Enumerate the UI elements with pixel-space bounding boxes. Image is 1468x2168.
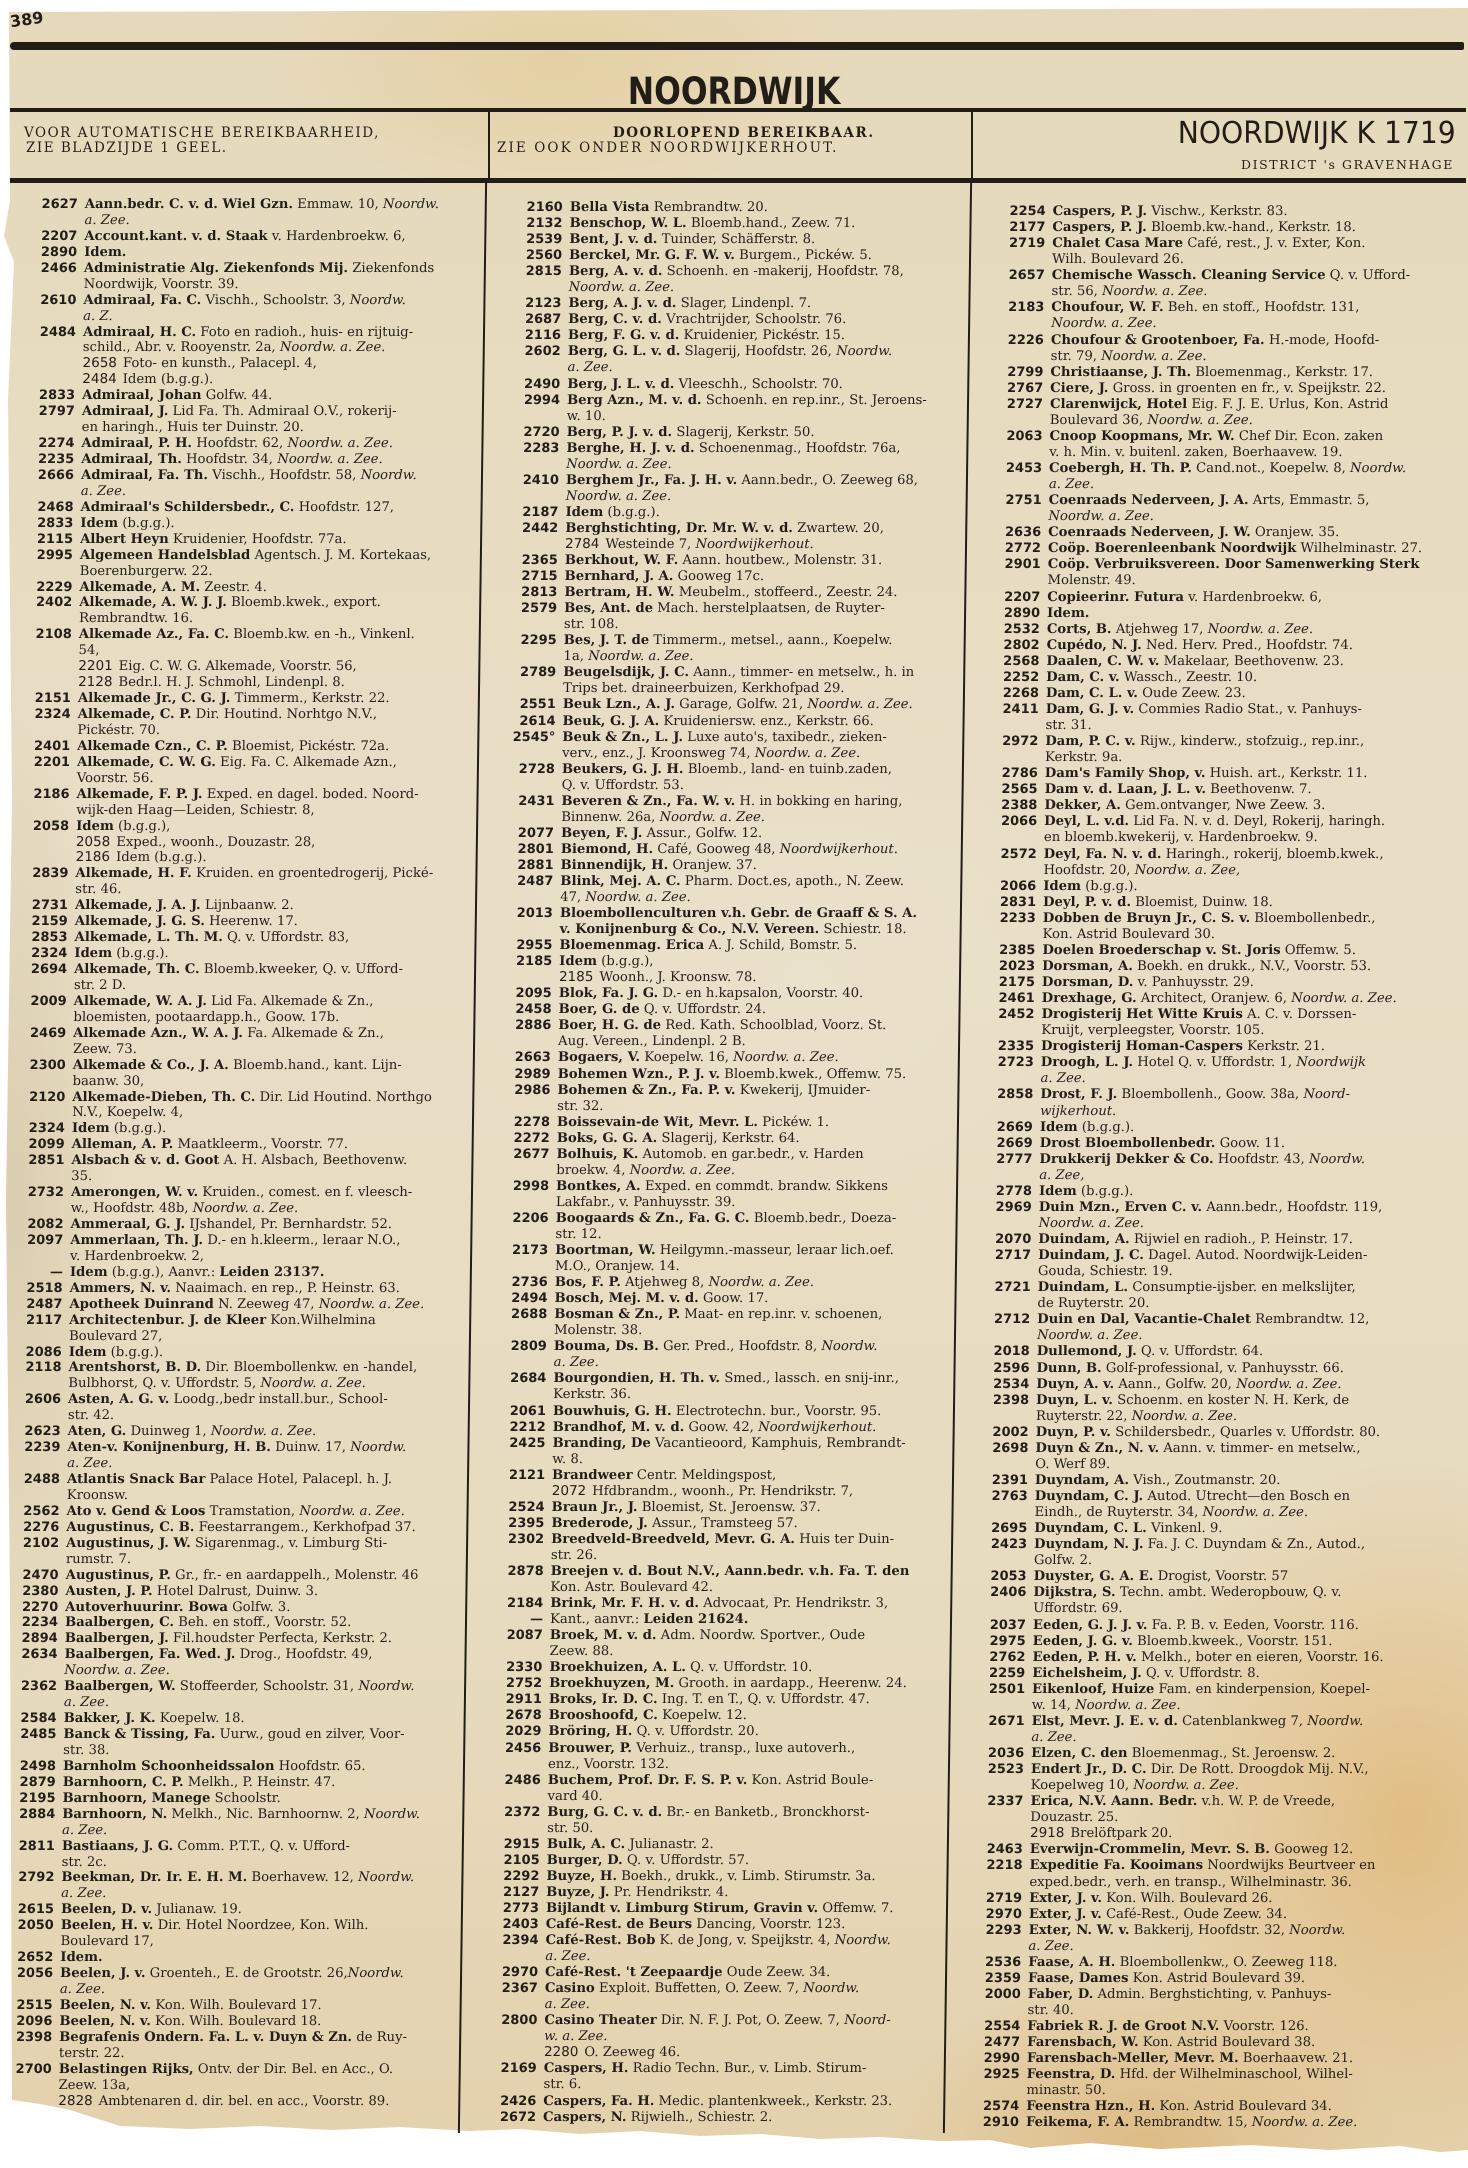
phone-number: 2426: [490, 2094, 536, 2110]
listing-entry: 2732Amerongen, W. v. Kruiden., comest. e…: [27, 1185, 467, 1217]
subscriber-name: Eikenloof, Huize: [1032, 1682, 1154, 1697]
subscriber-name: Christiaanse, J. Th.: [1050, 365, 1191, 380]
listing-entry: 2792Beekman, Dr. Ir. E. H. M. Boerhavew.…: [17, 1870, 457, 1902]
listing-entry: 2532Corts, B. Atjehweg 17, Noordw. a. Ze…: [997, 622, 1455, 638]
phone-number: 2501: [982, 1682, 1025, 1698]
phone-number: 2925: [977, 2067, 1020, 2083]
subscriber-name: Breedveld-Breedveld, Mevr. G. A.: [551, 1532, 795, 1547]
phone-number: 2463: [980, 1842, 1023, 1858]
locality: Noordw. a. Zee.: [1051, 316, 1157, 331]
listing-entry: 2799Christiaanse, J. Th. Bloemenmag., Ke…: [1000, 365, 1458, 381]
listing-subentry: 2072Hfdbrandm., woonh., Pr. Hendrikstr. …: [499, 1484, 947, 1500]
listing-entry: 2723Droogh, L. J. Hotel Q. v. Uffordstr.…: [990, 1055, 1448, 1087]
listing-entry: 2955Bloemenmag. Erica A. J. Schild, Boms…: [506, 938, 954, 954]
phone-number: 2698: [985, 1441, 1028, 1457]
subscriber-name: Benschop, W. L.: [569, 216, 686, 231]
subscriber-name: Berg, A. J. v. d.: [568, 296, 676, 311]
listing-details: Grooth. in aardapp., Heerenw. 24.: [674, 1676, 907, 1691]
phone-number: 2970: [492, 1965, 538, 1981]
phone-number: 2029: [495, 1724, 541, 1740]
listing-details: v. Hardenbroekw. 6,: [1184, 590, 1322, 605]
listing-entry: 2695Duyndam, C. L. Vinkenl. 9.: [984, 1521, 1442, 1537]
listing-details: Hoofdstr. 65.: [274, 1759, 365, 1774]
listing-entry: 2490Berg, J. L. v. d. Vleeschh., Schools…: [514, 377, 962, 393]
listing-entry: 2425Branding, De Vacantieoord, Kamphuis,…: [499, 1436, 947, 1468]
listing-entry: 2058Idem (b.g.g.),: [32, 819, 472, 835]
locality: Noordw. a. Zee.: [64, 1663, 170, 1678]
phone-number: 2175: [992, 975, 1035, 991]
phone-number: 2736: [502, 1275, 548, 1291]
listing-details: (b.g.g.),: [597, 954, 654, 969]
phone-number: 2911: [496, 1692, 542, 1708]
listing-entry: 2456Brouwer, P. Verhuiz., transp., luxe …: [495, 1741, 943, 1773]
phone-number: 2159: [31, 914, 68, 930]
subscriber-name: Beugelsdijk, J. C.: [563, 665, 689, 680]
subscriber-name: Bernhard, J. A.: [564, 569, 673, 584]
subscriber-name: Berg Azn., M. v. d.: [567, 393, 702, 408]
listing-entry: 2534Duyn, A. v. Aann., Golfw. 20, Noordw…: [986, 1377, 1444, 1393]
listing-entry: 2056Beelen, J. v. Groenteh., E. de Groot…: [16, 1966, 456, 1998]
subscriber-name: Beelen, D. v.: [61, 1902, 152, 1917]
phone-number: 2123: [515, 296, 561, 312]
listing-entry: 2634Baalbergen, Fa. Wed. J. Drog., Hoofd…: [20, 1647, 460, 1679]
listing-details: Tramstation,: [205, 1504, 299, 1519]
subscriber-name: Eeden, G. J. J. v.: [1033, 1618, 1148, 1633]
phone-number: 2813: [511, 585, 557, 601]
phone-number: 2986: [504, 1083, 550, 1099]
listing-entry: 2115Albert Heyn Kruidenier, Hoofdstr. 77…: [36, 532, 476, 548]
subscriber-name: Chemische Wassch. Cleaning Service: [1052, 268, 1326, 283]
subscriber-name: Buyze, H.: [546, 1869, 617, 1884]
subscriber-name: Choufour, W. F.: [1051, 300, 1163, 315]
listing-entry: 2484Admiraal, H. C. Foto en radioh., hui…: [39, 325, 479, 357]
subscriber-name: Alkemade & Co., J. A.: [73, 1058, 229, 1073]
listing-details: Koepelw. 12.: [658, 1708, 747, 1723]
listing-entry: 2524Braun Jr., J. Bloemist, St. Jeroensw…: [498, 1500, 946, 1516]
subscriber-name: Duindam, A.: [1038, 1232, 1130, 1247]
listing-details: v. Hardenbroekw. 6,: [268, 229, 406, 244]
phone-number: 2568: [996, 654, 1039, 670]
phone-number: 2536: [978, 1955, 1021, 1971]
listing-entry: 2853Alkemade, L. Th. M. Q. v. Uffordstr.…: [30, 930, 470, 946]
subscriber-name: Bontkes, A.: [556, 1179, 641, 1194]
listing-details: Aann. houtbew., Molenstr. 31.: [678, 553, 882, 568]
phone-number: 2207: [40, 229, 77, 245]
listing-entry: 2717Duindam, J. C. Dagel. Autod. Noordwi…: [988, 1248, 1446, 1280]
listing-details: Kon. Wilh. Boulevard 18.: [151, 2014, 322, 2029]
locality: Noordw. a. Zee.: [211, 1424, 317, 1439]
listing-details: Bloemenmag., Kerkstr. 17.: [1191, 365, 1373, 380]
listing-details: A. J. Schild, Bomstr. 5.: [704, 938, 857, 953]
subscriber-name: Barnhoorn, N.: [62, 1807, 167, 1822]
subscriber-name: Idem: [69, 1345, 107, 1360]
page-title: NOORDWIJK: [0, 70, 1468, 113]
listing-entry: 2636Coenraads Nederveen, J. W. Oranjew. …: [998, 525, 1456, 541]
listing-entry: 2359Faase, Dames Kon. Astrid Boulevard 3…: [978, 1971, 1436, 1987]
subscriber-name: Coöp. Boerenleenbank Noordwijk: [1048, 541, 1297, 556]
listing-entry: 2442Berghstichting, Dr. Mr. W. v. d. Zwa…: [512, 521, 960, 537]
phone-number: 2201: [33, 755, 70, 771]
phone-number: 2423: [984, 1537, 1027, 1553]
subscriber-name: Bella Vista: [570, 200, 650, 215]
listing-details: Medic. plantenkweek., Kerkstr. 23.: [654, 2094, 892, 2109]
subscriber-name: Coenraads Nederveen, J. A.: [1049, 493, 1249, 508]
phone-number: 2534: [986, 1377, 1029, 1393]
locality: Noordwijkerhout.: [695, 537, 813, 552]
subscriber-name: Drukkerij Dekker & Co.: [1039, 1152, 1213, 1167]
subscriber-name: Admiraal, H. C.: [83, 325, 196, 340]
subscriber-name: Branding, De: [552, 1436, 650, 1451]
listing-entry: 2518Ammers, N. v. Naaimach. en rep., P. …: [26, 1281, 466, 1297]
subscriber-name: Expeditie Fa. Kooimans: [1029, 1858, 1203, 1873]
listing-details: Hoofdstr. 34,: [182, 452, 278, 467]
listing-entry: 2380Austen, J. P. Hotel Dalrust, Duinw. …: [21, 1584, 461, 1600]
listing-entry: 2901Coöp. Verbruiksvereen. Door Samenwer…: [997, 557, 1455, 589]
phone-number: 2226: [1001, 333, 1044, 349]
listing-entry: 2324Idem (b.g.g.).: [30, 946, 470, 962]
subscriber-name: Coöp. Verbruiksvereen. Door Samenwerking…: [1048, 557, 1420, 572]
listing-entry: 2809Bouma, Ds. B. Ger. Pred., Hoofdstr. …: [501, 1339, 949, 1371]
listing-entry: 2218Expeditie Fa. Kooimans Noordwijks Be…: [979, 1858, 1437, 1890]
phone-number: 2254: [1003, 204, 1046, 220]
listing-details: Gr., fr.- en aardappelh., Molenstr. 46: [171, 1568, 419, 1583]
listing-details: Kon. Wilh. Boulevard 26.: [1102, 1891, 1273, 1906]
phone-number: 2801: [508, 842, 554, 858]
subscriber-name: Bolhuis, K.: [556, 1147, 638, 1162]
subscriber-name: Austen, J. P.: [65, 1584, 152, 1599]
subscriber-name: Beelen, J. v.: [60, 1966, 146, 1981]
subscriber-name: Administratie Alg. Ziekenfonds Mij.: [84, 261, 348, 276]
listing-entry: 2061Bouwhuis, G. H. Electrotechn. bur., …: [500, 1404, 948, 1420]
subscriber-name: Beveren & Zn., Fa. W. v.: [561, 794, 735, 809]
listing-entry: 2773Bijlandt v. Limburg Stirum, Gravin v…: [493, 1901, 941, 1917]
subscriber-name: Beekman, Dr. Ir. E. H. M.: [61, 1870, 247, 1885]
phone-number: 2486: [495, 1773, 541, 1789]
listing-details: Woonh., J. Kroonsw. 78.: [599, 970, 756, 985]
listing-details: Kon. Astrid Boulevard 34.: [1155, 2099, 1332, 2114]
locality: Noordw. a. Zee.: [260, 1376, 366, 1391]
listing-entry: 2715Bernhard, J. A. Gooweg 17c.: [511, 569, 959, 585]
subscriber-name: Exter, J. v.: [1029, 1907, 1102, 1922]
listing-details: Advocaat, Pr. Hendrikstr. 3,: [699, 1596, 888, 1611]
subscriber-name: Duyn & Zn., N. v.: [1035, 1441, 1159, 1456]
subscriber-name: Albert Heyn: [80, 532, 169, 547]
phone-number: 2487: [507, 874, 553, 890]
listing-entry: 2053Duyster, G. A. E. Drogist, Voorstr. …: [984, 1569, 1442, 1585]
listing-details: Kant., aanvr.:: [550, 1612, 644, 1627]
phone-number: 2151: [34, 691, 71, 707]
listing-entry: 2013Bloembollenculturen v.h. Gebr. de Gr…: [507, 906, 955, 938]
listing-entry: 2700Belastingen Rijks, Ontv. der Dir. Be…: [14, 2062, 454, 2094]
listing-details: Oranjew. 37.: [668, 858, 757, 873]
listing-entry: 2270Autoverhuurinr. Bowa Golfw. 3.: [21, 1600, 461, 1616]
locality: Noordw. a. Zee.: [588, 649, 694, 664]
subscriber-name: Bogaers, V.: [558, 1050, 640, 1065]
listing-entry: 2911Broks, Ir. D. C. Ing. T. en T., Q. v…: [496, 1692, 944, 1708]
phone-number: 2998: [503, 1179, 549, 1195]
listing-entry: 2767Ciere, J. Gross. in groenten en fr.,…: [1000, 381, 1458, 397]
subscriber-name: Boks, G. G. A.: [557, 1131, 658, 1146]
listing-details: Q. v. Uffordstr. 20.: [632, 1724, 759, 1739]
phone-number: 2050: [17, 1918, 54, 1934]
listing-entry: 2657Chemische Wassch. Cleaning Service Q…: [1001, 268, 1459, 300]
listing-entry: 2736Bos, F. P. Atjehweg 8, Noordw. a. Ze…: [502, 1275, 950, 1291]
listing-details: Groenteh., E. de Grootstr. 26,: [145, 1966, 347, 1981]
subscriber-name: Duyndam, A.: [1035, 1473, 1129, 1488]
phone-number: 2623: [24, 1424, 61, 1440]
phone-number: 2272: [504, 1131, 550, 1147]
listing-details: Julianaw. 19.: [152, 1902, 242, 1917]
subscriber-name: Faase, Dames: [1028, 1971, 1129, 1986]
listing-entry: 2797Admiraal, J. Lid Fa. Th. Admiraal O.…: [38, 404, 478, 436]
listing-entry: 2276Augustinus, C. B. Feestarrangem., Ke…: [22, 1520, 462, 1536]
listing-entry: 2229Alkemade, A. M. Zeestr. 4.: [35, 580, 475, 596]
phone-number: 2773: [493, 1901, 539, 1917]
listing-details: Aann., Golfw. 20,: [1114, 1377, 1236, 1392]
listing-details: Duinweg 1,: [126, 1424, 211, 1439]
phone-number: 2721: [988, 1280, 1031, 1296]
locality: Noordwijkerhout.: [758, 1420, 876, 1435]
phone-number: 2469: [29, 1026, 66, 1042]
listing-entry: 2362Baalbergen, W. Stoffeerder, Schoolst…: [20, 1679, 460, 1711]
phone-number: 2280: [544, 2044, 579, 2060]
phone-number: 2523: [981, 1762, 1024, 1778]
phone-number: 2797: [38, 404, 75, 420]
phone-number: 2402: [35, 595, 72, 611]
listing-entry: 2177Caspers, P. J. Bloemb.kw.-hand., Ker…: [1002, 220, 1460, 236]
listing-details: Q. v. Uffordstr. 10.: [686, 1660, 813, 1675]
subscriber-name: Bosman & Zn., P.: [554, 1307, 680, 1322]
listing-details: (b.g.g.), Aanvr.:: [108, 1265, 220, 1280]
phone-number: 2456: [495, 1741, 541, 1757]
listing-details: Bloembollenkw., O. Zeeweg 118.: [1115, 1955, 1337, 1970]
listing-details: Maatkleerm., Voorstr. 77.: [173, 1137, 348, 1152]
subscriber-name: Idem: [80, 516, 118, 531]
subscriber-name: Farensbach, W.: [1027, 2035, 1139, 2050]
listing-entry: 2063Cnoop Koopmans, Mr. W. Chef Dir. Eco…: [999, 429, 1457, 461]
phone-number: 2385: [992, 943, 1035, 959]
listing-details: Q. v. Uffordstr. 57.: [623, 1853, 750, 1868]
phone-number: 2828: [58, 2093, 93, 2109]
subscriber-name: Idem.: [84, 245, 127, 260]
subscriber-name: Bakker, J. K.: [64, 1711, 156, 1726]
subscriber-name: Faase, A. H.: [1028, 1955, 1115, 1970]
subscriber-name: Deyl, Fa. N. v. d.: [1044, 847, 1162, 862]
listing-entry: 2671Elst, Mevr. J. E. v. d. Catenblankwe…: [981, 1714, 1439, 1746]
phone-number: 2815: [516, 264, 562, 280]
phone-number: 2037: [983, 1618, 1026, 1634]
phone-number: 2115: [36, 532, 73, 548]
locality: Noordw. a. Zee.: [566, 457, 672, 472]
listing-entry: 2614Beuk, G. J. A. Kruideniersw. enz., K…: [509, 714, 957, 730]
listing-entry: 2488Atlantis Snack Bar Palace Hotel, Pal…: [23, 1472, 463, 1504]
listing-entry: 2720Berg, P. J. v. d. Slagerij, Kerkstr.…: [513, 425, 961, 441]
phone-number: 2727: [1000, 397, 1043, 413]
listing-details: Hotel Dalrust, Duinw. 3.: [153, 1584, 319, 1599]
listing-details: Bloemist, Pickéstr. 72a.: [228, 739, 390, 754]
listing-entry: 2972Dam, P. C. v. Rijw., kinderw., stofz…: [995, 734, 1453, 766]
subscriber-name: Cupédo, N. J.: [1047, 638, 1142, 653]
listing-entry: 2915Bulk, A. C. Julianastr. 2.: [494, 1837, 942, 1853]
phone-number: 2187: [512, 505, 558, 521]
listing-entry: 2151Alkemade Jr., C. G. J. Timmerm., Ker…: [34, 691, 474, 707]
subscriber-name: Berghstichting, Dr. Mr. W. v. d.: [565, 521, 793, 536]
subscriber-name: Binnendijk, H.: [560, 858, 668, 873]
phone-number: 2858: [990, 1087, 1033, 1103]
listing-entry: 2669Idem (b.g.g.).: [990, 1120, 1448, 1136]
phone-number: 2762: [982, 1650, 1025, 1666]
phone-number: 2431: [508, 794, 554, 810]
subscriber-name: Drogisterij Het Witte Kruis: [1041, 1007, 1243, 1022]
subscriber-name: Drost Bloembollenbedr.: [1040, 1136, 1216, 1151]
listing-subentry: 2201Eig. C. W. G. Alkemade, Voorstr. 56,: [34, 659, 474, 675]
phone-number: 2207: [997, 590, 1040, 606]
subscriber-name: Idem: [1040, 1120, 1078, 1135]
phone-number: 2453: [999, 461, 1042, 477]
subscriber-name: Alkemade-Dieben, Th. C.: [72, 1090, 255, 1105]
phone-number: 2615: [17, 1902, 54, 1918]
phone-number: 2799: [1000, 365, 1043, 381]
phone-number: —: [26, 1265, 63, 1281]
phone-number: 2687: [515, 312, 561, 328]
subscriber-name: Admiraal, Th.: [81, 452, 182, 467]
subscriber-name: Idem: [70, 1265, 108, 1280]
phone-number: 2201: [78, 658, 113, 674]
phone-number: 2494: [501, 1291, 547, 1307]
listing-entry: 2831Deyl, P. v. d. Bloemist, Duinw. 18.: [993, 895, 1451, 911]
listing-entry: 2572Deyl, Fa. N. v. d. Haringh., rokerij…: [993, 847, 1451, 879]
listing-details: Julianastr. 2.: [625, 1837, 714, 1852]
phone-number: 2879: [19, 1775, 56, 1791]
subscriber-name: Everwijn-Crommelin, Mevr. S. B.: [1030, 1842, 1270, 1857]
subscriber-name: Berg, J. L. v. d.: [567, 377, 674, 392]
listing-entry: 2568Daalen, C. W. v. Makelaar, Beethoven…: [996, 654, 1454, 670]
locality: Noordw. a. Zee.: [566, 489, 672, 504]
listing-entry: 2579Bes, Ant. de Mach. herstelplaatsen, …: [511, 601, 959, 633]
listing-details: Exploit. Buffetten, O. Zeew. 7,: [595, 1981, 804, 1996]
listing-details: Slagerij, Kerkstr. 64.: [657, 1131, 800, 1146]
subscriber-name: Dullemond, J.: [1037, 1344, 1137, 1359]
subscriber-name: Exter, J. v.: [1029, 1891, 1102, 1906]
listing-details: Boekh., drukk., v. Limb. Stirumstr. 3a.: [617, 1869, 876, 1884]
listing-details: Pickéw. 1.: [758, 1115, 829, 1130]
subscriber-name: Dam, C. L. v.: [1046, 686, 1138, 701]
listing-entry: 2721Duindam, L. Consumptie-ijsber. en me…: [987, 1280, 1445, 1312]
locality: Noordw. a. Zee.: [630, 1163, 736, 1178]
subscriber-name: Ato v. Gend & Loos: [66, 1504, 205, 1519]
subscriber-name: Burg, G. C. v. d.: [547, 1805, 662, 1820]
listing-details: Tuinder, Schäfferstr. 8.: [657, 232, 815, 247]
subscriber-name: Asten, A. G. v.: [68, 1392, 169, 1407]
phone-number: 2972: [995, 734, 1038, 750]
subscriber-name: Eichelsheim, J.: [1032, 1666, 1142, 1681]
listing-details: Golf-professional, v. Panhuysstr. 66.: [1102, 1361, 1344, 1376]
listing-details: Lijnbaanw. 2.: [201, 898, 294, 913]
listing-entry: 2398Begrafenis Ondern. Fa. L. v. Duyn & …: [15, 2030, 455, 2062]
listing-details: Foto- en kunsth., Palacepl. 4,: [123, 356, 317, 371]
listing-entry: 2986Bohemen & Zn., Fa. P. v. Kwekerij, I…: [504, 1083, 952, 1115]
listing-entry: 2652Idem.: [16, 1950, 456, 1966]
listing-details: Oude Zeew. 34.: [722, 1965, 830, 1980]
subscriber-name: Boissevain-de Wit, Mevr. L.: [557, 1115, 758, 1130]
subscriber-name: Duyn, A. v.: [1036, 1377, 1114, 1392]
subscriber-name: Bohemen & Zn., Fa. P. v.: [557, 1083, 735, 1098]
listing-details: Catenblankweg 7,: [1178, 1714, 1307, 1729]
header-see-also-note: ZIE OOK ONDER NOORDWIJKERHOUT.: [497, 141, 839, 155]
listing-entry: 2337Erica, N.V. Aann. Bedr. v.h. W. P. d…: [980, 1794, 1438, 1826]
phone-number: 2300: [29, 1058, 66, 1074]
listing-details: Beethovenw. 7.: [1206, 782, 1312, 797]
subscriber-name: Bosch, Mej. M. v. d.: [554, 1291, 698, 1306]
subscriber-name: Boortman, W.: [555, 1243, 656, 1258]
listing-details: Bedr.l. H. J. Schmohl, Lindenpl. 8.: [118, 675, 345, 690]
phone-number: 2969: [989, 1200, 1032, 1216]
listing-entry: 2335Drogisterij Homan-Caspers Kerkstr. 2…: [991, 1039, 1449, 1055]
listing-entry: 2487Blink, Mej. A. C. Pharm. Doct.es, ap…: [507, 874, 955, 906]
subscriber-name: Berg, A. v. d.: [569, 264, 663, 279]
listing-details: (b.g.g.).: [1077, 1184, 1134, 1199]
subscriber-name: Idem: [1039, 1184, 1077, 1199]
listing-entry: 2410Berghem Jr., Fa. J. H. v. Aann.bedr.…: [513, 473, 961, 505]
listing-entry: 2802Cupédo, N. J. Ned. Herv. Pred., Hoof…: [997, 638, 1455, 654]
listing-entry: 2235Admiraal, Th. Hoofdstr. 34, Noordw. …: [37, 452, 477, 468]
listing-details: Zwartew. 20,: [793, 521, 884, 536]
subscriber-name: Beelen, H. v.: [61, 1918, 154, 1933]
listing-details: Bloemb.hand., Zeew. 71.: [687, 216, 856, 231]
listing-entry: 2463Everwijn-Crommelin, Mevr. S. B. Goow…: [980, 1842, 1438, 1858]
subscriber-name: Alkemade Azn., W. A. J.: [73, 1026, 243, 1041]
listing-details: Schoolstr.: [210, 1791, 281, 1806]
phone-number: 2362: [20, 1679, 57, 1695]
listing-entry: 2975Eeden, J. G. v. Bloemb.kweek., Voors…: [983, 1634, 1441, 1650]
listing-entry: 2925Feenstra, D. Hfd. der Wilhelminascho…: [976, 2067, 1434, 2099]
subscriber-name: Caspers, P. J.: [1052, 220, 1147, 235]
listing-entry: 2554Fabriek R. J. de Groot N.V. Voorstr.…: [977, 2019, 1435, 2035]
listing-entry: 2970Café-Rest. 't Zeepaardje Oude Zeew. …: [492, 1965, 940, 1981]
subscriber-name: Café-Rest. 't Zeepaardje: [545, 1965, 723, 1980]
subscriber-name: Duyndam, C. J.: [1035, 1489, 1144, 1504]
phone-number: 2853: [30, 930, 67, 946]
listing-details: Stoffeerder, Schoolstr. 31,: [176, 1679, 359, 1694]
phone-number: 2056: [16, 1966, 53, 1982]
listing-details: Bloemb.kwek., Offemw. 75.: [720, 1067, 906, 1082]
subscriber-name: Café-Rest. de Beurs: [546, 1917, 693, 1932]
phone-number: 2121: [499, 1468, 545, 1484]
phone-number: 2584: [20, 1711, 57, 1727]
listing-entry: 2117Architectenbur. J. de Kleer Kon.Wilh…: [25, 1313, 465, 1345]
phone-number: 2560: [516, 248, 562, 264]
subscriber-name: Augustinus, P.: [66, 1568, 171, 1583]
subscriber-name: Deyl, L. v.d.: [1044, 814, 1129, 829]
listing-entry: 2839Alkemade, H. F. Kruiden. en groented…: [31, 866, 471, 898]
listing-entry: 2666Admiraal, Fa. Th. Vischh., Hoofdstr.…: [37, 468, 477, 500]
phone-number: 2488: [23, 1472, 60, 1488]
listing-column-3: 2254Caspers, P. J. Vischw., Kerkstr. 83.…: [976, 204, 1461, 2132]
listing-details: Gem.ontvanger, Nwe Zeew. 3.: [1121, 798, 1326, 813]
subscriber-name: Idem: [559, 954, 597, 969]
listing-entry: 2627Aann.bedr. C. v. d. Wiel Gzn. Emmaw.…: [40, 197, 480, 229]
listing-details: (b.g.g.),: [114, 819, 171, 834]
listing-details: Slager, Lindenpl. 7.: [676, 296, 811, 311]
listing-entry: 2623Aten, G. Duinweg 1, Noordw. a. Zee.: [24, 1424, 464, 1440]
subscriber-name: Dijkstra, S.: [1033, 1585, 1115, 1600]
listing-details: O. Zeeweg 46.: [584, 2045, 680, 2060]
listing-entry: 2466Administratie Alg. Ziekenfonds Mij. …: [40, 261, 480, 293]
phone-number: 2120: [28, 1090, 65, 1106]
subscriber-name: Augustinus, J. W.: [66, 1536, 191, 1551]
phone-number: 2572: [994, 847, 1037, 863]
listing-entry: 2615Beelen, D. v. Julianaw. 19.: [17, 1902, 457, 1918]
